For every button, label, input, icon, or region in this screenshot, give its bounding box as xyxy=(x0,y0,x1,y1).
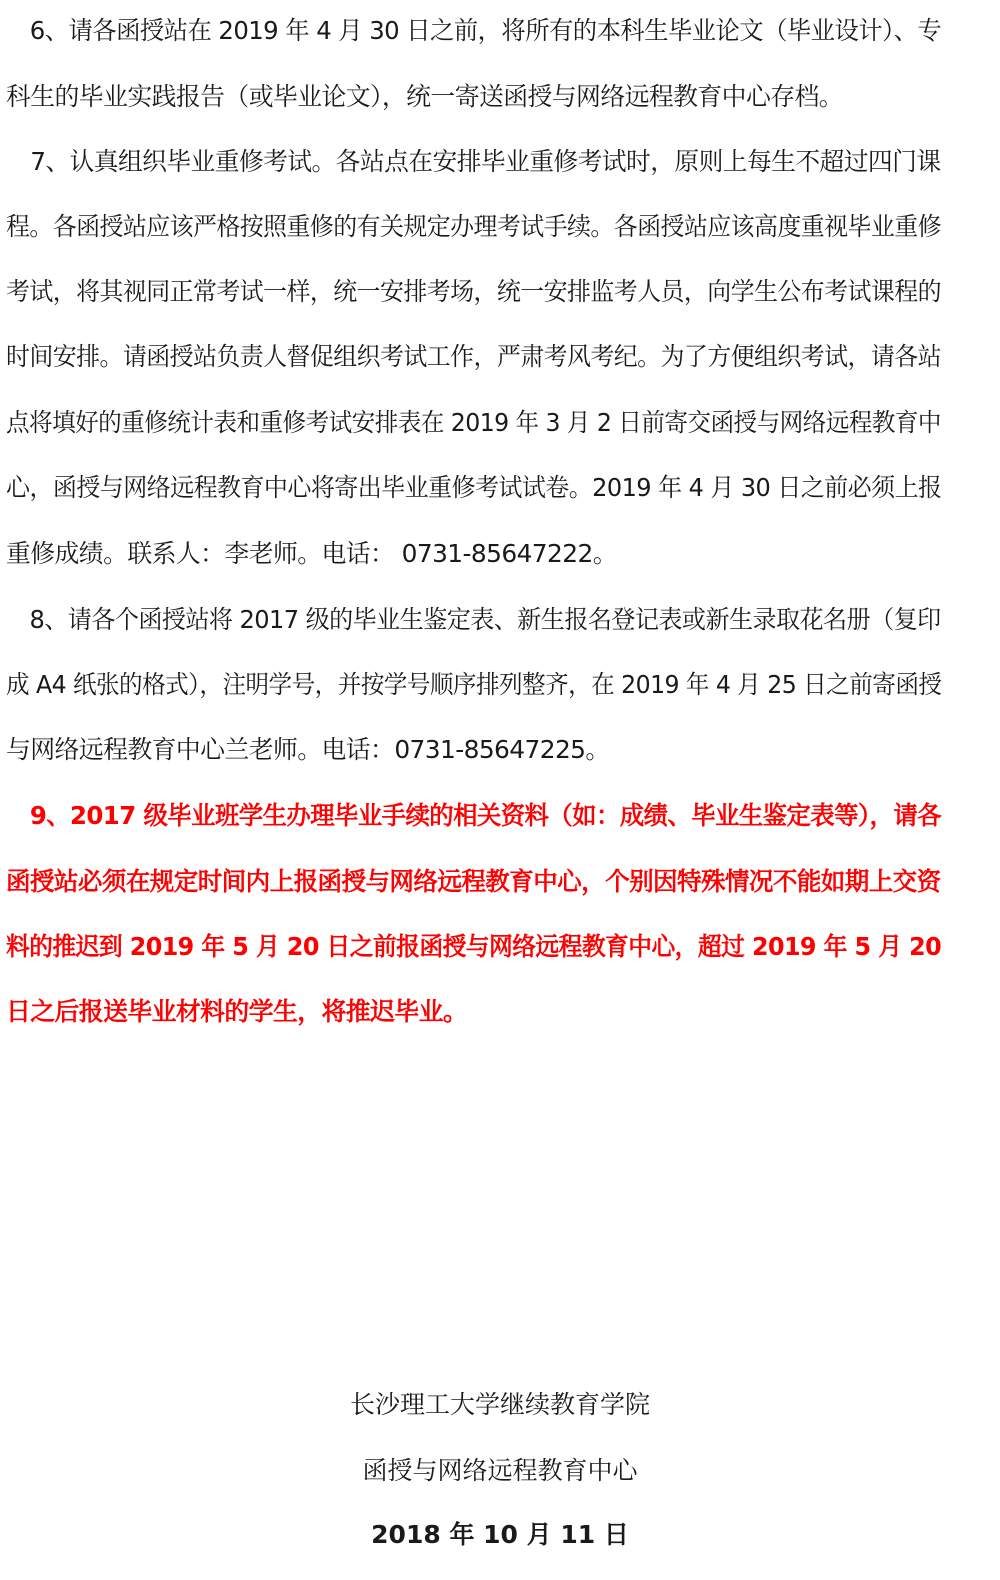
item-7-line-5: 点将填好的重修统计表和重修考试安排表在 2019 年 3 月 2 日前寄交函授与… xyxy=(6,406,894,440)
item-6-line-1: 6、请各函授站在 2019 年 4 月 30 日之前，将所有的本科生毕业论文（毕… xyxy=(6,14,922,48)
item-7-line-3: 考试，将其视同正常考试一样，统一安排考场，统一安排监考人员，向学生公布考试课程的 xyxy=(6,275,907,309)
item-7-line-2: 程。各函授站应该严格按照重修的有关规定办理考试手续。各函授站应该高度重视毕业重修 xyxy=(6,210,907,244)
item-6-line-2: 科生的毕业实践报告（或毕业论文），统一寄送函授与网络远程教育中心存档。 xyxy=(6,80,941,114)
item-7-line-4: 时间安排。请函授站负责人督促组织考试工作，严肃考风考纪。为了方便组织考试，请各站 xyxy=(6,340,907,374)
item-8-line-1: 8、请各个函授站将 2017 级的毕业生鉴定表、新生报名登记表或新生录取花名册（… xyxy=(6,603,912,637)
item-7-line-7: 重修成绩。联系人：李老师。电话： 0731-85647222。 xyxy=(6,537,941,571)
signature-date: 2018 年 10 月 11 日 xyxy=(0,1518,1000,1552)
item-7-line-6: 心，函授与网络远程教育中心将寄出毕业重修考试试卷。2019 年 4 月 30 日… xyxy=(6,471,909,505)
item-8-line-2: 成 A4 纸张的格式），注明学号，并按学号顺序排列整齐，在 2019 年 4 月… xyxy=(6,668,894,702)
signature-department: 函授与网络远程教育中心 xyxy=(0,1454,1000,1488)
signature-institution: 长沙理工大学继续教育学院 xyxy=(0,1388,1000,1422)
item-7-line-1: 7、认真组织毕业重修考试。各站点在安排毕业重修考试时，原则上每生不超过四门课 xyxy=(6,145,938,179)
item-9-line-3: 料的推迟到 2019 年 5 月 20 日之前报函授与网络远程教育中心，超过 2… xyxy=(6,930,900,964)
item-9-line-2: 函授站必须在规定时间内上报函授与网络远程教育中心，个别因特殊情况不能如期上交资 xyxy=(6,865,929,899)
item-9-line-1: 9、2017 级毕业班学生办理毕业手续的相关资料（如：成绩、毕业生鉴定表等），请… xyxy=(6,799,923,833)
item-8-line-3: 与网络远程教育中心兰老师。电话：0731-85647225。 xyxy=(6,733,941,767)
item-9-line-4: 日之后报送毕业材料的学生，将推迟毕业。 xyxy=(6,995,941,1029)
